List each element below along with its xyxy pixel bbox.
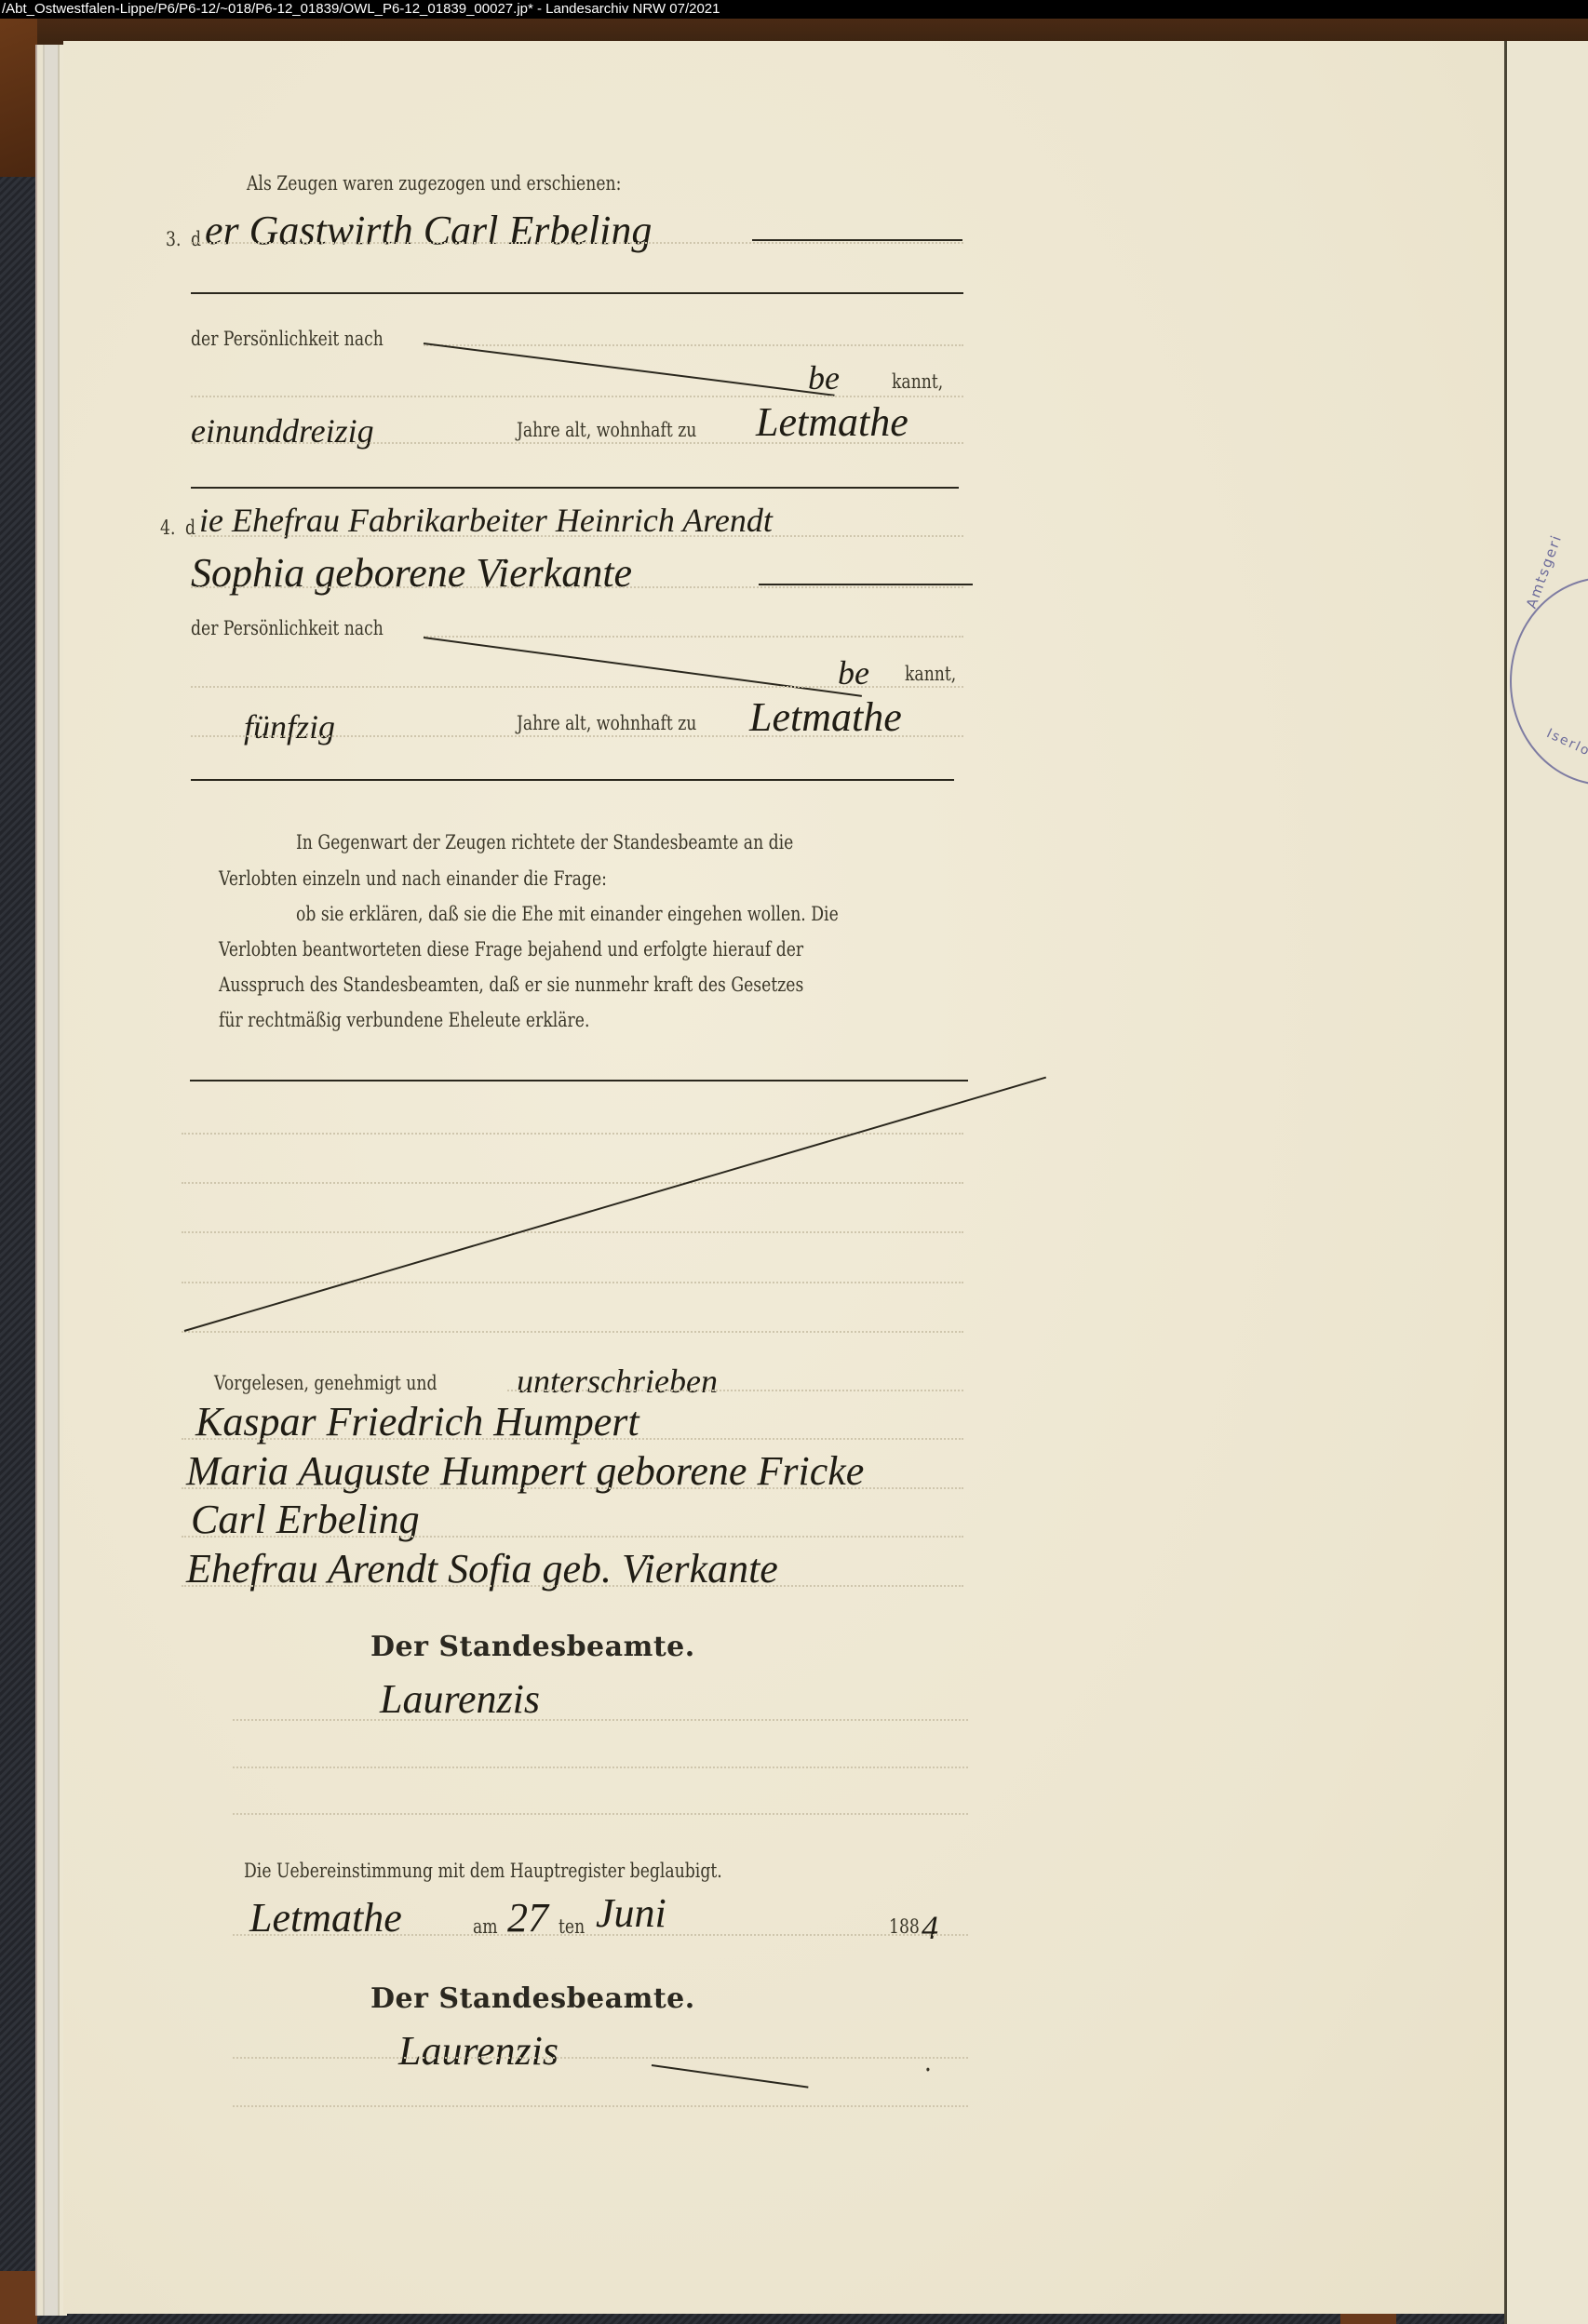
witness-4-known-label: kannt, xyxy=(905,663,956,685)
window-title: /Abt_Ostwestfalen-Lippe/P6/P6-12/~018/P6… xyxy=(2,1,720,17)
dotted-line xyxy=(182,1182,963,1184)
witness-4-personality-label: der Persönlichkeit nach xyxy=(191,617,384,639)
witness-4-number: 4. xyxy=(160,517,175,539)
witness-4-age: fünfzig xyxy=(244,707,335,746)
dotted-line xyxy=(233,1719,968,1721)
ceremony-line-1: In Gegenwart der Zeugen richtete der Sta… xyxy=(296,831,793,853)
dotted-line xyxy=(233,2057,968,2059)
dotted-line xyxy=(191,442,963,444)
certification-official-title: Der Standesbeamte. xyxy=(370,1982,695,2015)
dotted-line xyxy=(182,1331,963,1333)
witness-3-known-label: kannt, xyxy=(892,370,943,393)
certification-year-hand: 4 xyxy=(922,1908,938,1947)
dotted-line xyxy=(191,586,963,588)
dotted-line xyxy=(424,344,963,346)
dotted-line xyxy=(507,1390,963,1391)
witness-3-known-prefix: be xyxy=(808,358,840,397)
witness-3-name: er Gastwirth Carl Erbeling xyxy=(205,207,652,254)
dotted-line xyxy=(233,1813,968,1815)
dotted-line xyxy=(233,1934,968,1936)
certification-month: Juni xyxy=(596,1889,666,1937)
dotted-line xyxy=(191,735,963,737)
dotted-line xyxy=(191,535,963,537)
ceremony-line-5: Ausspruch des Standesbeamten, daß er sie… xyxy=(219,974,803,996)
dotted-line xyxy=(424,636,963,638)
dotted-line xyxy=(182,1282,963,1283)
witness-3-age: einunddreizig xyxy=(191,411,374,450)
register-page xyxy=(63,41,1506,2314)
page-edges xyxy=(35,45,67,2316)
witness-4-residence: Letmathe xyxy=(749,693,902,741)
witness-4-known-prefix: be xyxy=(838,653,869,692)
window-title-bar: /Abt_Ostwestfalen-Lippe/P6/P6-12/~018/P6… xyxy=(0,0,1588,19)
dotted-line xyxy=(182,1438,963,1440)
ceremony-line-6: für rechtmäßig verbundene Eheleute erklä… xyxy=(219,1009,589,1031)
cover-leather-corner xyxy=(0,2271,37,2324)
dotted-line xyxy=(182,1231,963,1233)
official-signature: Laurenzis xyxy=(380,1675,540,1723)
witness-intro: Als Zeugen waren zugezogen und erschiene… xyxy=(247,172,621,195)
dotted-line xyxy=(233,1767,968,1768)
witness-3-number: 3. xyxy=(166,228,181,250)
facing-page-edge xyxy=(1504,41,1588,2324)
fill-rule xyxy=(191,487,959,489)
witness-3-personality-label: der Persönlichkeit nach xyxy=(191,328,384,350)
signature-label-hand: unterschrieben xyxy=(517,1362,718,1401)
witness-3-age-label: Jahre alt, wohnhaft zu xyxy=(517,419,696,441)
dotted-line xyxy=(233,2105,968,2107)
dotted-line xyxy=(182,1536,963,1538)
fill-rule xyxy=(191,779,954,781)
ceremony-line-4: Verlobten beantworteten diese Frage beja… xyxy=(219,938,803,960)
dotted-line xyxy=(182,1585,963,1587)
fill-rule xyxy=(759,584,973,585)
witness-3-prefix: d xyxy=(191,228,201,250)
witness-4-name-line2: Sophia geborene Vierkante xyxy=(191,549,632,597)
dotted-line xyxy=(191,396,963,397)
witness-3-residence: Letmathe xyxy=(756,398,908,446)
signature-label: Vorgelesen, genehmigt und xyxy=(214,1372,437,1394)
dotted-line xyxy=(182,1487,963,1489)
strike-top-rule xyxy=(190,1080,968,1081)
official-title: Der Standesbeamte. xyxy=(370,1631,695,1663)
dotted-line xyxy=(191,242,963,244)
witness-4-age-label: Jahre alt, wohnhaft zu xyxy=(517,712,696,734)
ceremony-line-3: ob sie erklären, daß sie die Ehe mit ein… xyxy=(296,903,839,925)
ceremony-line-2: Verlobten einzeln und nach einander die … xyxy=(219,867,607,890)
fill-rule xyxy=(191,292,963,294)
certification-end-mark: . xyxy=(924,2046,932,2078)
certification-text: Die Uebereinstimmung mit dem Hauptregist… xyxy=(244,1860,722,1882)
fill-rule xyxy=(752,239,962,241)
witness-4-name: ie Ehefrau Fabrikarbeiter Heinrich Arend… xyxy=(199,501,773,540)
certification-official-signature: Laurenzis xyxy=(398,2027,558,2075)
cover-leather-corner xyxy=(0,19,37,177)
